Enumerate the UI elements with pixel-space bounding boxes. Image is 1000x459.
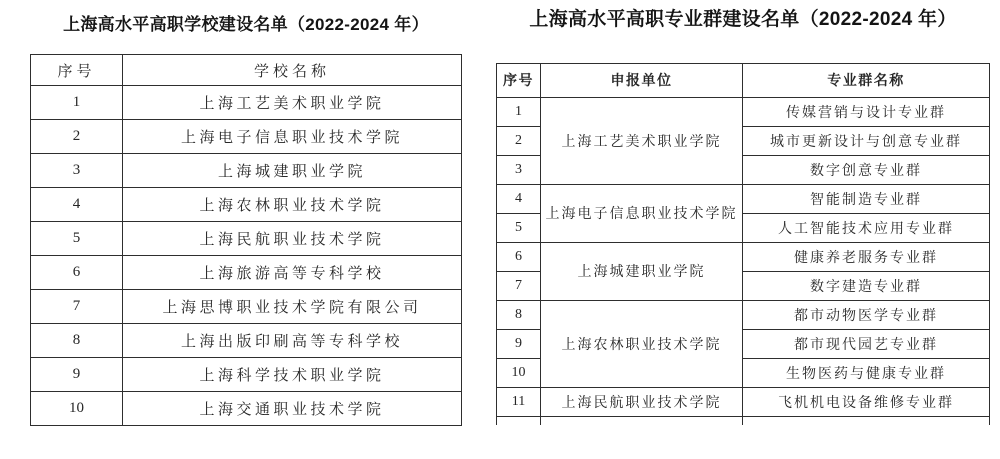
cell-school: 上海工艺美术职业学院 — [123, 86, 462, 120]
cell-no: 1 — [497, 97, 541, 126]
table-row: 9上海科学技术职业学院 — [31, 358, 462, 392]
school-list-title: 上海高水平高职学校建设名单（2022-2024 年） — [30, 14, 462, 35]
cell-group: 城市更新设计与创意专业群 — [743, 126, 990, 155]
table-row-cutoff — [497, 416, 990, 425]
cell-unit — [541, 416, 743, 425]
table-row: 4 上海电子信息职业技术学院 智能制造专业群 — [497, 184, 990, 213]
cell-no: 3 — [497, 155, 541, 184]
cell-no: 7 — [31, 290, 123, 324]
cell-school: 上海城建职业学院 — [123, 154, 462, 188]
table-row: 1上海工艺美术职业学院 — [31, 86, 462, 120]
header-cell-school: 学校名称 — [123, 55, 462, 86]
school-list-section: 上海高水平高职学校建设名单（2022-2024 年） 序号 学校名称 1上海工艺… — [30, 14, 462, 426]
cell-school: 上海思博职业技术学院有限公司 — [123, 290, 462, 324]
cell-school: 上海科学技术职业学院 — [123, 358, 462, 392]
cell-school: 上海农林职业技术学院 — [123, 188, 462, 222]
header-cell-no: 序号 — [31, 55, 123, 86]
cell-group: 传媒营销与设计专业群 — [743, 97, 990, 126]
table-header-row: 序号 学校名称 — [31, 55, 462, 86]
cell-no: 8 — [31, 324, 123, 358]
cell-group: 数字建造专业群 — [743, 271, 990, 300]
header-cell-group: 专业群名称 — [743, 63, 990, 97]
cell-group: 都市现代园艺专业群 — [743, 329, 990, 358]
cell-unit: 上海城建职业学院 — [541, 242, 743, 300]
cell-no: 10 — [497, 358, 541, 387]
table-row: 8上海出版印刷高等专科学校 — [31, 324, 462, 358]
cell-no: 2 — [31, 120, 123, 154]
table-row: 3上海城建职业学院 — [31, 154, 462, 188]
cell-unit: 上海民航职业技术学院 — [541, 387, 743, 416]
cell-group: 生物医药与健康专业群 — [743, 358, 990, 387]
cell-no: 11 — [497, 387, 541, 416]
cell-group: 人工智能技术应用专业群 — [743, 213, 990, 242]
table-row: 8 上海农林职业技术学院 都市动物医学专业群 — [497, 300, 990, 329]
document-page: 上海高水平高职学校建设名单（2022-2024 年） 序号 学校名称 1上海工艺… — [0, 0, 1000, 459]
cell-no: 9 — [497, 329, 541, 358]
group-list-section: 上海高水平高职专业群建设名单（2022-2024 年） 序号 申报单位 专业群名… — [496, 8, 990, 425]
table-row: 5上海民航职业技术学院 — [31, 222, 462, 256]
cell-no: 2 — [497, 126, 541, 155]
school-list-table: 序号 学校名称 1上海工艺美术职业学院 2上海电子信息职业技术学院 3上海城建职… — [30, 54, 462, 426]
table-row: 7上海思博职业技术学院有限公司 — [31, 290, 462, 324]
cell-unit: 上海电子信息职业技术学院 — [541, 184, 743, 242]
cell-no: 6 — [31, 256, 123, 290]
cell-school: 上海旅游高等专科学校 — [123, 256, 462, 290]
table-row: 6上海旅游高等专科学校 — [31, 256, 462, 290]
cell-no: 10 — [31, 392, 123, 426]
cell-group: 健康养老服务专业群 — [743, 242, 990, 271]
group-list-title: 上海高水平高职专业群建设名单（2022-2024 年） — [496, 8, 990, 32]
table-row: 11 上海民航职业技术学院 飞机机电设备维修专业群 — [497, 387, 990, 416]
group-list-table: 序号 申报单位 专业群名称 1 上海工艺美术职业学院 传媒营销与设计专业群 2 … — [496, 63, 990, 426]
table-row: 4上海农林职业技术学院 — [31, 188, 462, 222]
cell-group: 数字创意专业群 — [743, 155, 990, 184]
cell-group: 智能制造专业群 — [743, 184, 990, 213]
table-row: 1 上海工艺美术职业学院 传媒营销与设计专业群 — [497, 97, 990, 126]
cell-no: 7 — [497, 271, 541, 300]
cell-school: 上海民航职业技术学院 — [123, 222, 462, 256]
cell-no: 3 — [31, 154, 123, 188]
cell-unit: 上海农林职业技术学院 — [541, 300, 743, 387]
header-cell-unit: 申报单位 — [541, 63, 743, 97]
cell-no: 4 — [497, 184, 541, 213]
table-row: 10上海交通职业技术学院 — [31, 392, 462, 426]
table-row: 6 上海城建职业学院 健康养老服务专业群 — [497, 242, 990, 271]
cell-group: 飞机机电设备维修专业群 — [743, 387, 990, 416]
cell-unit: 上海工艺美术职业学院 — [541, 97, 743, 184]
header-cell-no: 序号 — [497, 63, 541, 97]
cell-no: 1 — [31, 86, 123, 120]
cell-no: 8 — [497, 300, 541, 329]
cell-no: 9 — [31, 358, 123, 392]
table-header-row: 序号 申报单位 专业群名称 — [497, 63, 990, 97]
cell-school: 上海电子信息职业技术学院 — [123, 120, 462, 154]
cell-no: 4 — [31, 188, 123, 222]
cell-no: 6 — [497, 242, 541, 271]
table-row: 2上海电子信息职业技术学院 — [31, 120, 462, 154]
cell-school: 上海交通职业技术学院 — [123, 392, 462, 426]
cell-group — [743, 416, 990, 425]
cell-group: 都市动物医学专业群 — [743, 300, 990, 329]
cell-no: 5 — [31, 222, 123, 256]
cell-no: 5 — [497, 213, 541, 242]
cell-school: 上海出版印刷高等专科学校 — [123, 324, 462, 358]
cell-no — [497, 416, 541, 425]
